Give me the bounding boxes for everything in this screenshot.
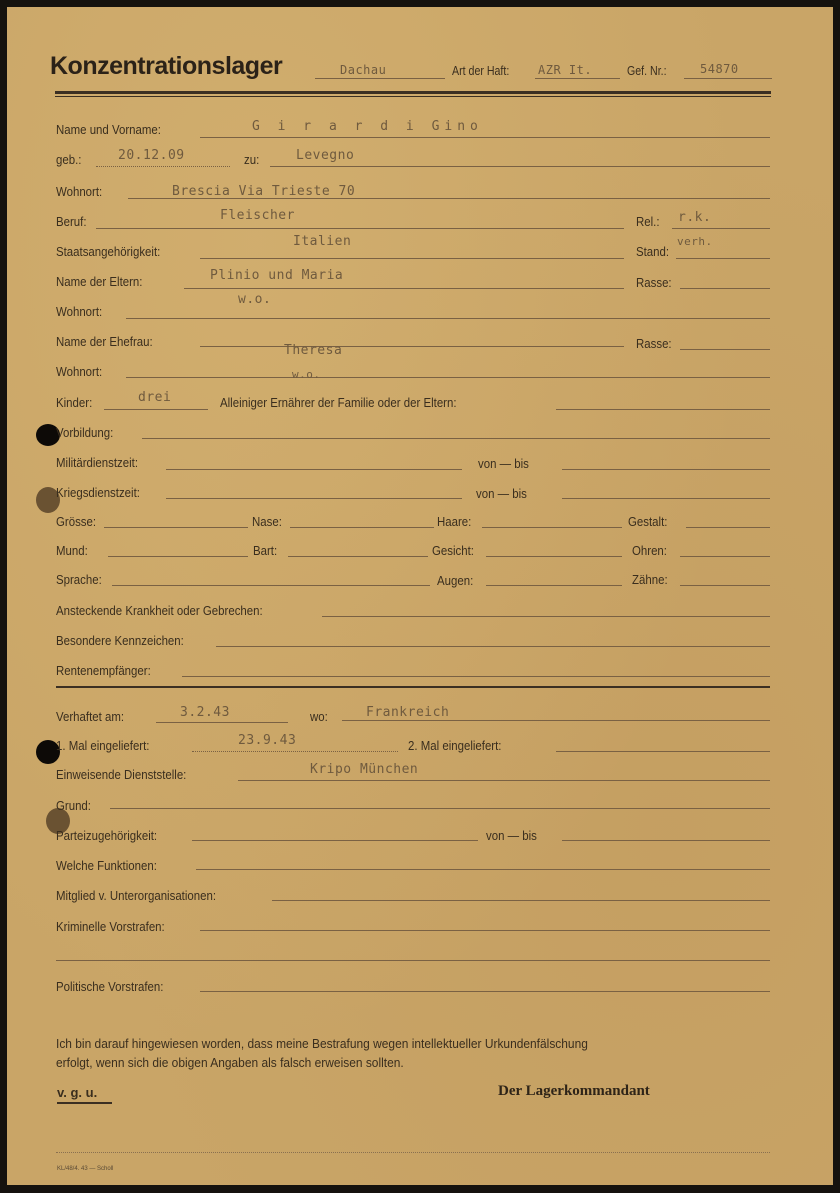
militaer-von-bis: von — bis — [478, 456, 529, 471]
politisch-label: Politische Vorstrafen: — [56, 979, 163, 994]
eltern-wohnort-label: Wohnort: — [56, 304, 102, 319]
funktionen-label: Welche Funktionen: — [56, 858, 157, 873]
camp-name: Dachau — [340, 63, 386, 77]
beruf-label: Beruf: — [56, 214, 87, 229]
header-rule — [55, 91, 771, 94]
sprache-label: Sprache: — [56, 572, 102, 587]
militaer-label: Militärdienstzeit: — [56, 455, 138, 470]
haare-label: Haare: — [437, 514, 471, 529]
geb-label: geb.: — [56, 152, 81, 167]
registration-card — [7, 7, 833, 1185]
unterorg-label: Mitglied v. Unterorganisationen: — [56, 888, 216, 903]
header-rule — [55, 96, 771, 97]
wo-value: Frankreich — [366, 705, 449, 720]
stand-value: verh. — [677, 235, 713, 248]
bart-label: Bart: — [253, 543, 277, 558]
form-title: Konzentrationslager — [50, 52, 282, 81]
section-rule — [56, 686, 770, 688]
eltern-wohnort-value: w.o. — [238, 292, 271, 307]
gef-nr-value: 54870 — [700, 62, 739, 76]
mal1-label: 1. Mal eingeliefert: — [56, 738, 149, 753]
gef-nr-label: Gef. Nr.: — [627, 64, 667, 78]
kriminell-label: Kriminelle Vorstrafen: — [56, 919, 165, 934]
dienststelle-label: Einweisende Dienststelle: — [56, 767, 186, 782]
art-der-haft-value: AZR It. — [538, 63, 592, 77]
rasse-label: Rasse: — [636, 336, 672, 351]
kennzeichen-label: Besondere Kennzeichen: — [56, 633, 184, 648]
zu-label: zu: — [244, 152, 259, 167]
geb-value: 20.12.09 — [118, 148, 185, 163]
kriegsdienst-von-bis: von — bis — [476, 486, 527, 501]
grund-label: Grund: — [56, 798, 91, 813]
commandant-signature-label: Der Lagerkommandant — [498, 1083, 650, 1100]
eltern-value: Plinio und Maria — [210, 268, 343, 283]
ernaehrer-label: Alleiniger Ernährer der Familie oder der… — [220, 395, 457, 410]
declaration-line-2: erfolgt, wenn sich die obigen Angaben al… — [56, 1055, 404, 1070]
wo-label: wo: — [310, 709, 328, 724]
kriegsdienst-label: Kriegsdienstzeit: — [56, 485, 140, 500]
wohnort-label: Wohnort: — [56, 184, 102, 199]
name-value: G i r a r d i Gino — [252, 119, 483, 134]
partei-von-bis: von — bis — [486, 828, 537, 843]
stand-label: Stand: — [636, 244, 669, 259]
kinder-label: Kinder: — [56, 395, 92, 410]
vgu-underline — [57, 1102, 112, 1104]
kinder-value: drei — [138, 390, 171, 405]
rasse-label: Rasse: — [636, 275, 672, 290]
vgu-label: v. g. u. — [57, 1085, 97, 1100]
rente-label: Rentenempfänger: — [56, 663, 151, 678]
wohnort-value: Brescia Via Trieste 70 — [172, 184, 355, 199]
name-label: Name und Vorname: — [56, 122, 161, 137]
mal1-value: 23.9.43 — [238, 733, 296, 748]
ehefrau-value: Theresa — [284, 343, 342, 358]
staat-label: Staatsangehörigkeit: — [56, 244, 160, 259]
mal2-label: 2. Mal eingeliefert: — [408, 738, 501, 753]
beruf-value: Fleischer — [220, 208, 295, 223]
ehefrau-wohnort-label: Wohnort: — [56, 364, 102, 379]
dienststelle-value: Kripo München — [310, 762, 418, 777]
ehefrau-wohnort-value: w.o. — [292, 368, 321, 381]
ehefrau-label: Name der Ehefrau: — [56, 334, 153, 349]
partei-label: Parteizugehörigkeit: — [56, 828, 157, 843]
print-code: KL/48/4. 43 — Scholl — [57, 1166, 113, 1172]
ohren-label: Ohren: — [632, 543, 667, 558]
zu-value: Levegno — [296, 148, 354, 163]
verhaftet-value: 3.2.43 — [180, 705, 230, 720]
mund-label: Mund: — [56, 543, 88, 558]
vorbildung-label: Vorbildung: — [56, 425, 113, 440]
rel-value: r.k. — [678, 210, 711, 225]
krankheit-label: Ansteckende Krankheit oder Gebrechen: — [56, 603, 263, 618]
staat-value: Italien — [293, 234, 351, 249]
art-der-haft-label: Art der Haft: — [452, 64, 509, 78]
eltern-label: Name der Eltern: — [56, 274, 142, 289]
augen-label: Augen: — [437, 573, 473, 588]
declaration-line-1: Ich bin darauf hingewiesen worden, dass … — [56, 1036, 718, 1051]
rel-label: Rel.: — [636, 214, 660, 229]
gesicht-label: Gesicht: — [432, 543, 474, 558]
verhaftet-label: Verhaftet am: — [56, 709, 124, 724]
nase-label: Nase: — [252, 514, 282, 529]
gestalt-label: Gestalt: — [628, 514, 667, 529]
zaehne-label: Zähne: — [632, 572, 668, 587]
groesse-label: Grösse: — [56, 514, 96, 529]
